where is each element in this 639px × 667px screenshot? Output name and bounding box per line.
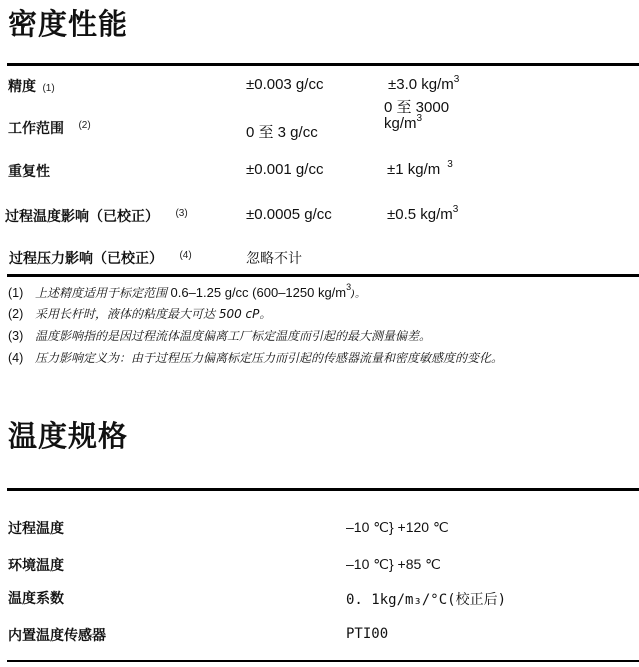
- footnote-text: 温度影响指的是因过程流体温度偏离工厂标定温度而引起的最大测量偏差。: [35, 329, 431, 343]
- footnote-ref: (2): [78, 120, 90, 131]
- temp-row-sensor-value: PTI00: [346, 626, 388, 642]
- density-row-range: 工作范围 (2): [8, 118, 91, 138]
- footnote-2: (2)采用长杆时，液体的粘度最大可达 500 cP。: [8, 305, 271, 322]
- density-row-accuracy: 精度 (1): [8, 76, 55, 96]
- temp-effect-gcc-value: ±0.0005 g/cc: [246, 206, 332, 223]
- superscript: 3: [447, 159, 453, 170]
- density-row-pressure-effect: 过程压力影响（已校正） (4): [9, 248, 192, 268]
- superscript: 3: [453, 204, 459, 215]
- footnote-1: (1)上述精度适用于标定范围 0.6–1.25 g/cc (600–1250 k…: [8, 284, 365, 301]
- temperature-table-bottom-rule: [7, 660, 639, 662]
- value-text: ±1 kg/m: [387, 161, 440, 178]
- range-gcc-value: 0 至 3 g/cc: [246, 121, 318, 142]
- value-text: ±3.0 kg/m: [388, 76, 454, 93]
- row-label: 精度: [8, 79, 36, 95]
- accuracy-kgm3-value: ±3.0 kg/m3: [388, 76, 459, 93]
- row-label: 过程压力影响（已校正）: [9, 251, 163, 267]
- row-label: 过程温度影响（已校正）: [5, 209, 159, 225]
- superscript: 3: [417, 113, 423, 124]
- temp-effect-kgm3-value: ±0.5 kg/m3: [387, 206, 458, 223]
- footnote-3: (3)温度影响指的是因过程流体温度偏离工厂标定温度而引起的最大测量偏差。: [8, 327, 431, 344]
- temperature-section-title: 温度规格: [8, 414, 128, 455]
- row-label: 重复性: [8, 164, 50, 180]
- temp-row-coefficient-label: 温度系数: [8, 588, 64, 608]
- value-text: ±0.5 kg/m: [387, 206, 453, 223]
- footnote-number: (2): [8, 307, 35, 321]
- accuracy-gcc-value: ±0.003 g/cc: [246, 76, 323, 93]
- footnote-range: 0.6–1.25 g/cc (600–1250 kg/m: [171, 285, 347, 300]
- range-kgm3-value: 0 至 3000 kg/m3: [384, 100, 449, 132]
- temp-row-process-value: –10 ℃} +120 ℃: [346, 519, 449, 536]
- value-text: kg/m: [384, 115, 417, 132]
- footnote-text: 压力影响定义为：由于过程压力偏离标定压力而引起的传感器流量和密度敏感度的变化。: [35, 351, 503, 365]
- density-table-top-rule: [7, 63, 639, 66]
- footnote-ref: (3): [175, 208, 187, 219]
- superscript: 3: [454, 74, 460, 85]
- temp-row-ambient-label: 环境温度: [8, 555, 64, 575]
- footnote-text: 上述精度适用于标定范围: [35, 286, 167, 300]
- density-table-bottom-rule: [7, 274, 639, 277]
- footnote-ref: (4): [179, 250, 191, 261]
- temp-row-sensor-label: 内置温度传感器: [8, 625, 106, 645]
- pressure-effect-value: 忽略不计: [246, 248, 302, 268]
- footnote-number: (3): [8, 329, 35, 343]
- footnote-4: (4)压力影响定义为：由于过程压力偏离标定压力而引起的传感器流量和密度敏感度的变…: [8, 349, 503, 366]
- density-section-title: 密度性能: [8, 2, 128, 43]
- footnote-text: 采用长杆时，液体的粘度最大可达 500 cP。: [35, 307, 271, 321]
- temp-row-coefficient-value: 0. 1kg/m₃/°C(校正后): [346, 589, 506, 609]
- temp-row-process-label: 过程温度: [8, 518, 64, 538]
- footnote-number: (4): [8, 351, 35, 365]
- repeatability-kgm3-value: ±1 kg/m3: [387, 161, 453, 178]
- footnote-ref: (1): [42, 83, 54, 94]
- density-row-temp-effect: 过程温度影响（已校正） (3): [5, 206, 188, 226]
- temp-row-ambient-value: –10 ℃} +85 ℃: [346, 556, 441, 573]
- footnote-tail: )。: [351, 289, 365, 300]
- density-row-repeatability: 重复性: [8, 161, 50, 181]
- repeatability-gcc-value: ±0.001 g/cc: [246, 161, 323, 178]
- row-label: 工作范围: [8, 121, 64, 137]
- footnote-number: (1): [8, 286, 35, 300]
- temperature-table-top-rule: [7, 488, 639, 491]
